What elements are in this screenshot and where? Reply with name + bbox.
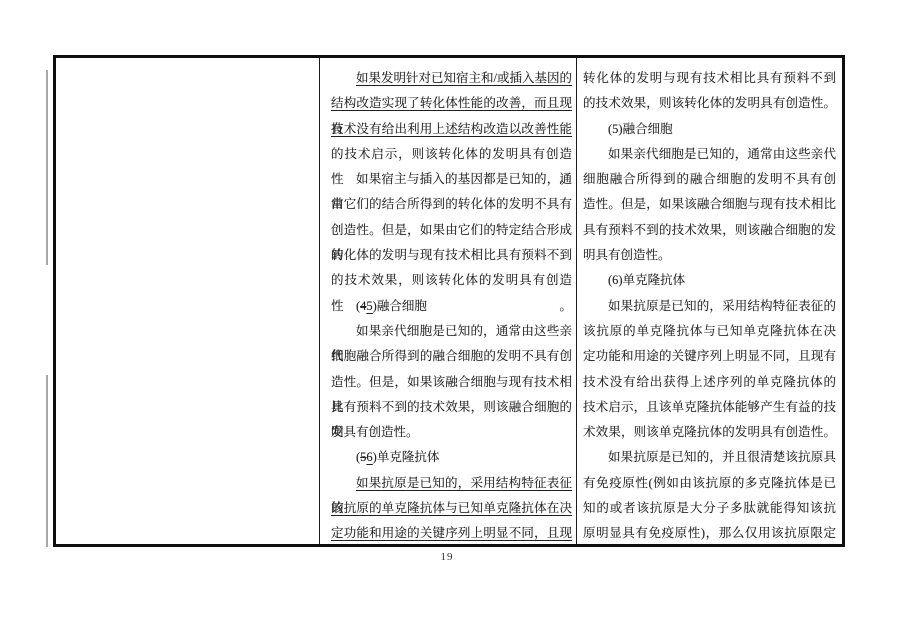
text-segment: 如果抗原是已知的，采用结构特征表征的 <box>608 299 836 313</box>
text-line: 细胞融合所得到的融合细胞的发明不具有创 <box>583 167 836 192</box>
text-segment: 转化体的发明与现有技术相比具有预料不到 <box>583 71 836 85</box>
text-line: 技术启示，且该单克隆抗体能够产生有益的技 <box>583 395 836 420</box>
text-line: 技术没有给出利用上述结构改造以改善性能 <box>331 117 572 142</box>
text-line: 的技术启示，则该转化体的发明具有创造性。 <box>331 142 572 167</box>
text-segment: 该抗原的单克隆抗体与已知单克隆抗体在决 <box>583 324 836 338</box>
inserted-text: 技术没有给出利用上述结构改造以改善性能 <box>331 122 572 136</box>
scan-artifact-line-bottom <box>46 375 48 547</box>
inserted-text: 如果发明针对已知宿主和/或插入基因的 <box>356 71 572 85</box>
text-segment: 造性。但是，如果该融合细胞与现有技术相比 <box>583 197 836 211</box>
text-line: 如果亲代细胞是已知的，通常由这些亲代 <box>583 142 836 167</box>
text-line: (56)单克隆抗体 <box>331 445 572 470</box>
text-segment: 技术启示，且该单克隆抗体能够产生有益的技 <box>583 400 836 414</box>
scan-artifact-line-top <box>46 70 48 265</box>
text-segment: 明具有创造性。 <box>583 248 671 262</box>
table-column-marked-up-text: 如果发明针对已知宿主和/或插入基因的结构改造实现了转化体性能的改善，而且现有技术… <box>319 58 576 544</box>
text-line: 如果抗原是已知的，并且很清楚该抗原具 <box>583 445 836 470</box>
text-line: 明具有创造性。 <box>331 420 572 445</box>
text-segment: )单克隆抗体 <box>373 450 440 464</box>
text-line: 如果抗原是已知的，采用结构特征表征的 <box>331 471 572 496</box>
text-line: 技术没有给出获得上述序列的单克隆抗体的 <box>583 370 836 395</box>
text-segment: 具有预料不到的技术效果，则该融合细胞的发 <box>583 223 836 237</box>
text-line: (5)融合细胞 <box>583 117 836 142</box>
text-line: 如果抗原是已知的，采用结构特征表征的 <box>583 294 836 319</box>
text-line: 造性。但是，如果该融合细胞与现有技术相比 <box>331 370 572 395</box>
text-segment: (6)单克隆抗体 <box>608 273 685 287</box>
text-line: 如果亲代细胞是已知的，通常由这些亲代 <box>331 319 572 344</box>
text-line: 定功能和用途的关键序列上明显不同，且现有 <box>583 344 836 369</box>
table-column-final-text: 转化体的发明与现有技术相比具有预料不到的技术效果，则该转化体的发明具有创造性。(… <box>576 58 842 544</box>
text-line: 知的或者该抗原是大分子多肽就能得知该抗 <box>583 496 836 521</box>
text-line: 由它们的结合所得到的转化体的发明不具有 <box>331 192 572 217</box>
text-line: 具有预料不到的技术效果，则该融合细胞的发 <box>583 218 836 243</box>
text-line: 创造性。但是，如果由它们的特定结合形成的 <box>331 218 572 243</box>
text-line: 的技术效果，则该转化体的发明具有创造性。 <box>331 268 572 293</box>
page-number: 19 <box>0 551 894 563</box>
text-line: (6)单克隆抗体 <box>583 268 836 293</box>
text-line: 转化体的发明与现有技术相比具有预料不到 <box>331 243 572 268</box>
text-segment: 知的或者该抗原是大分子多肽就能得知该抗 <box>583 501 836 515</box>
text-line: 具有预料不到的技术效果，则该融合细胞的发 <box>331 395 572 420</box>
text-segment: 明具有创造性。 <box>331 425 419 439</box>
text-line: 该抗原的单克隆抗体与已知单克隆抗体在决 <box>583 319 836 344</box>
inserted-text: 该抗原的单克隆抗体与已知单克隆抗体在决 <box>331 501 572 515</box>
text-line: 该抗原的单克隆抗体与已知单克隆抗体在决 <box>331 496 572 521</box>
comparison-table: 如果发明针对已知宿主和/或插入基因的结构改造实现了转化体性能的改善，而且现有技术… <box>53 55 845 547</box>
text-segment: 的技术效果，则该转化体的发明具有创造性。 <box>583 96 836 110</box>
text-segment: (5)融合细胞 <box>608 122 673 136</box>
text-line: 转化体的发明与现有技术相比具有预料不到 <box>583 66 836 91</box>
text-segment: 定功能和用途的关键序列上明显不同，且现有 <box>583 349 836 363</box>
text-segment: 有免疫原性(例如由该抗原的多克隆抗体是已 <box>583 476 836 490</box>
text-line: 明具有创造性。 <box>583 243 836 268</box>
text-line: 细胞融合所得到的融合细胞的发明不具有创 <box>331 344 572 369</box>
text-line: 术效果，则该单克隆抗体的发明具有创造性。 <box>583 420 836 445</box>
text-line: 原明显具有免疫原性)，那么仅用该抗原限定 <box>583 521 836 544</box>
text-segment: 原明显具有免疫原性)，那么仅用该抗原限定 <box>583 526 836 540</box>
text-line: 的技术效果，则该转化体的发明具有创造性。 <box>583 91 836 116</box>
text-segment: 细胞融合所得到的融合细胞的发明不具有创 <box>331 349 572 363</box>
document-page: 如果发明针对已知宿主和/或插入基因的结构改造实现了转化体性能的改善，而且现有技术… <box>0 0 900 635</box>
text-line: 如果宿主与插入的基因都是已知的，通常 <box>331 167 572 192</box>
table-column-left-empty <box>56 58 319 544</box>
inserted-text: 定功能和用途的关键序列上明显不同，且现有 <box>331 526 572 544</box>
text-line: 定功能和用途的关键序列上明显不同，且现有 <box>331 521 572 544</box>
text-segment: 如果抗原是已知的，并且很清楚该抗原具 <box>608 450 836 464</box>
text-line: 有免疫原性(例如由该抗原的多克隆抗体是已 <box>583 471 836 496</box>
text-line: 结构改造实现了转化体性能的改善，而且现有 <box>331 91 572 116</box>
text-segment: )融合细胞 <box>373 299 427 313</box>
text-segment: 细胞融合所得到的融合细胞的发明不具有创 <box>583 172 836 186</box>
text-segment: 转化体的发明与现有技术相比具有预料不到 <box>331 248 572 262</box>
text-segment: 如果亲代细胞是已知的，通常由这些亲代 <box>608 147 836 161</box>
text-segment: 技术没有给出获得上述序列的单克隆抗体的 <box>583 375 836 389</box>
text-segment: 术效果，则该单克隆抗体的发明具有创造性。 <box>583 425 836 439</box>
text-segment: 由它们的结合所得到的转化体的发明不具有 <box>331 197 572 211</box>
text-line: 造性。但是，如果该融合细胞与现有技术相比 <box>583 192 836 217</box>
text-line: 如果发明针对已知宿主和/或插入基因的 <box>331 66 572 91</box>
